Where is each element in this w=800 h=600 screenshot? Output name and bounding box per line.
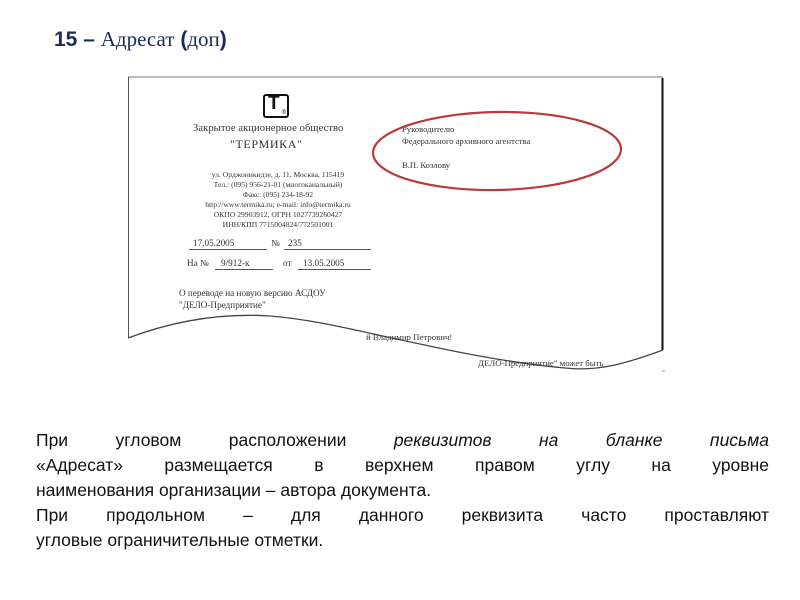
number-label: №	[271, 238, 280, 248]
addressee-organization: Федерального архивного агентства	[402, 136, 530, 146]
ref-from-label: от	[283, 258, 292, 268]
ref-date-underline	[298, 269, 371, 270]
ref-label: На №	[187, 258, 209, 268]
body-fragment: ДЕЛО-Предприятие" может быть	[478, 358, 608, 368]
org-type: Закрытое акционерное общество	[193, 123, 343, 134]
inn-kpp-line: ИНН/КПП 7715004824/772501001	[188, 220, 368, 230]
description-p1-line3: наименования организации – автора докуме…	[36, 478, 769, 503]
p1-text: При угловом расположении	[36, 430, 394, 450]
logo-registered-mark: ®	[282, 110, 286, 116]
fax-line: Факс: (095) 234-18-92	[188, 190, 368, 200]
okpo-ogrn-line: ОКПО 29903912, ОГРН 1027739260427	[188, 210, 368, 220]
address-line: ул. Орджоникидзе, д. 11, Москва, 115419	[188, 170, 368, 180]
number-underline	[284, 249, 371, 250]
ref-number-underline	[215, 269, 273, 270]
company-logo: T ®	[263, 94, 289, 118]
greeting-fragment: й Владимир Петрович!	[366, 332, 452, 342]
letter-date: 17.05.2005	[193, 238, 234, 248]
logo-letter: T	[268, 93, 280, 115]
addressee-name: В.П. Козлову	[402, 160, 450, 170]
p1-italic-text: реквизитов на бланке письма	[394, 430, 769, 450]
description-p1-line1: При угловом расположении реквизитов на б…	[36, 428, 769, 453]
org-name: "ТЕРМИКА"	[230, 137, 303, 152]
web-email-line: http://www.termika.ru; e-mail: info@term…	[188, 200, 368, 210]
ref-date: 13.05.2005	[303, 258, 344, 268]
phone-line: Тел.: (095) 956-21-01 (многоканальный)	[188, 180, 368, 190]
subject-line-2: "ДЕЛО-Предприятие"	[179, 300, 266, 310]
description-p1-line2: «Адресат» размещается в верхнем правом у…	[36, 453, 769, 478]
ref-number: 9/912-к	[221, 258, 249, 268]
description-p2-line1: При продольном – для данного реквизита ч…	[36, 503, 769, 528]
letter-number: 235	[288, 238, 302, 248]
subject-line-1: О переводе на новую версию АСДОУ	[179, 288, 326, 298]
addressee-position: Руководителю	[402, 124, 454, 134]
description-p2-line2: угловые ограничительные отметки.	[36, 528, 769, 553]
date-underline	[189, 249, 267, 250]
description-text: При угловом расположении реквизитов на б…	[36, 428, 769, 553]
